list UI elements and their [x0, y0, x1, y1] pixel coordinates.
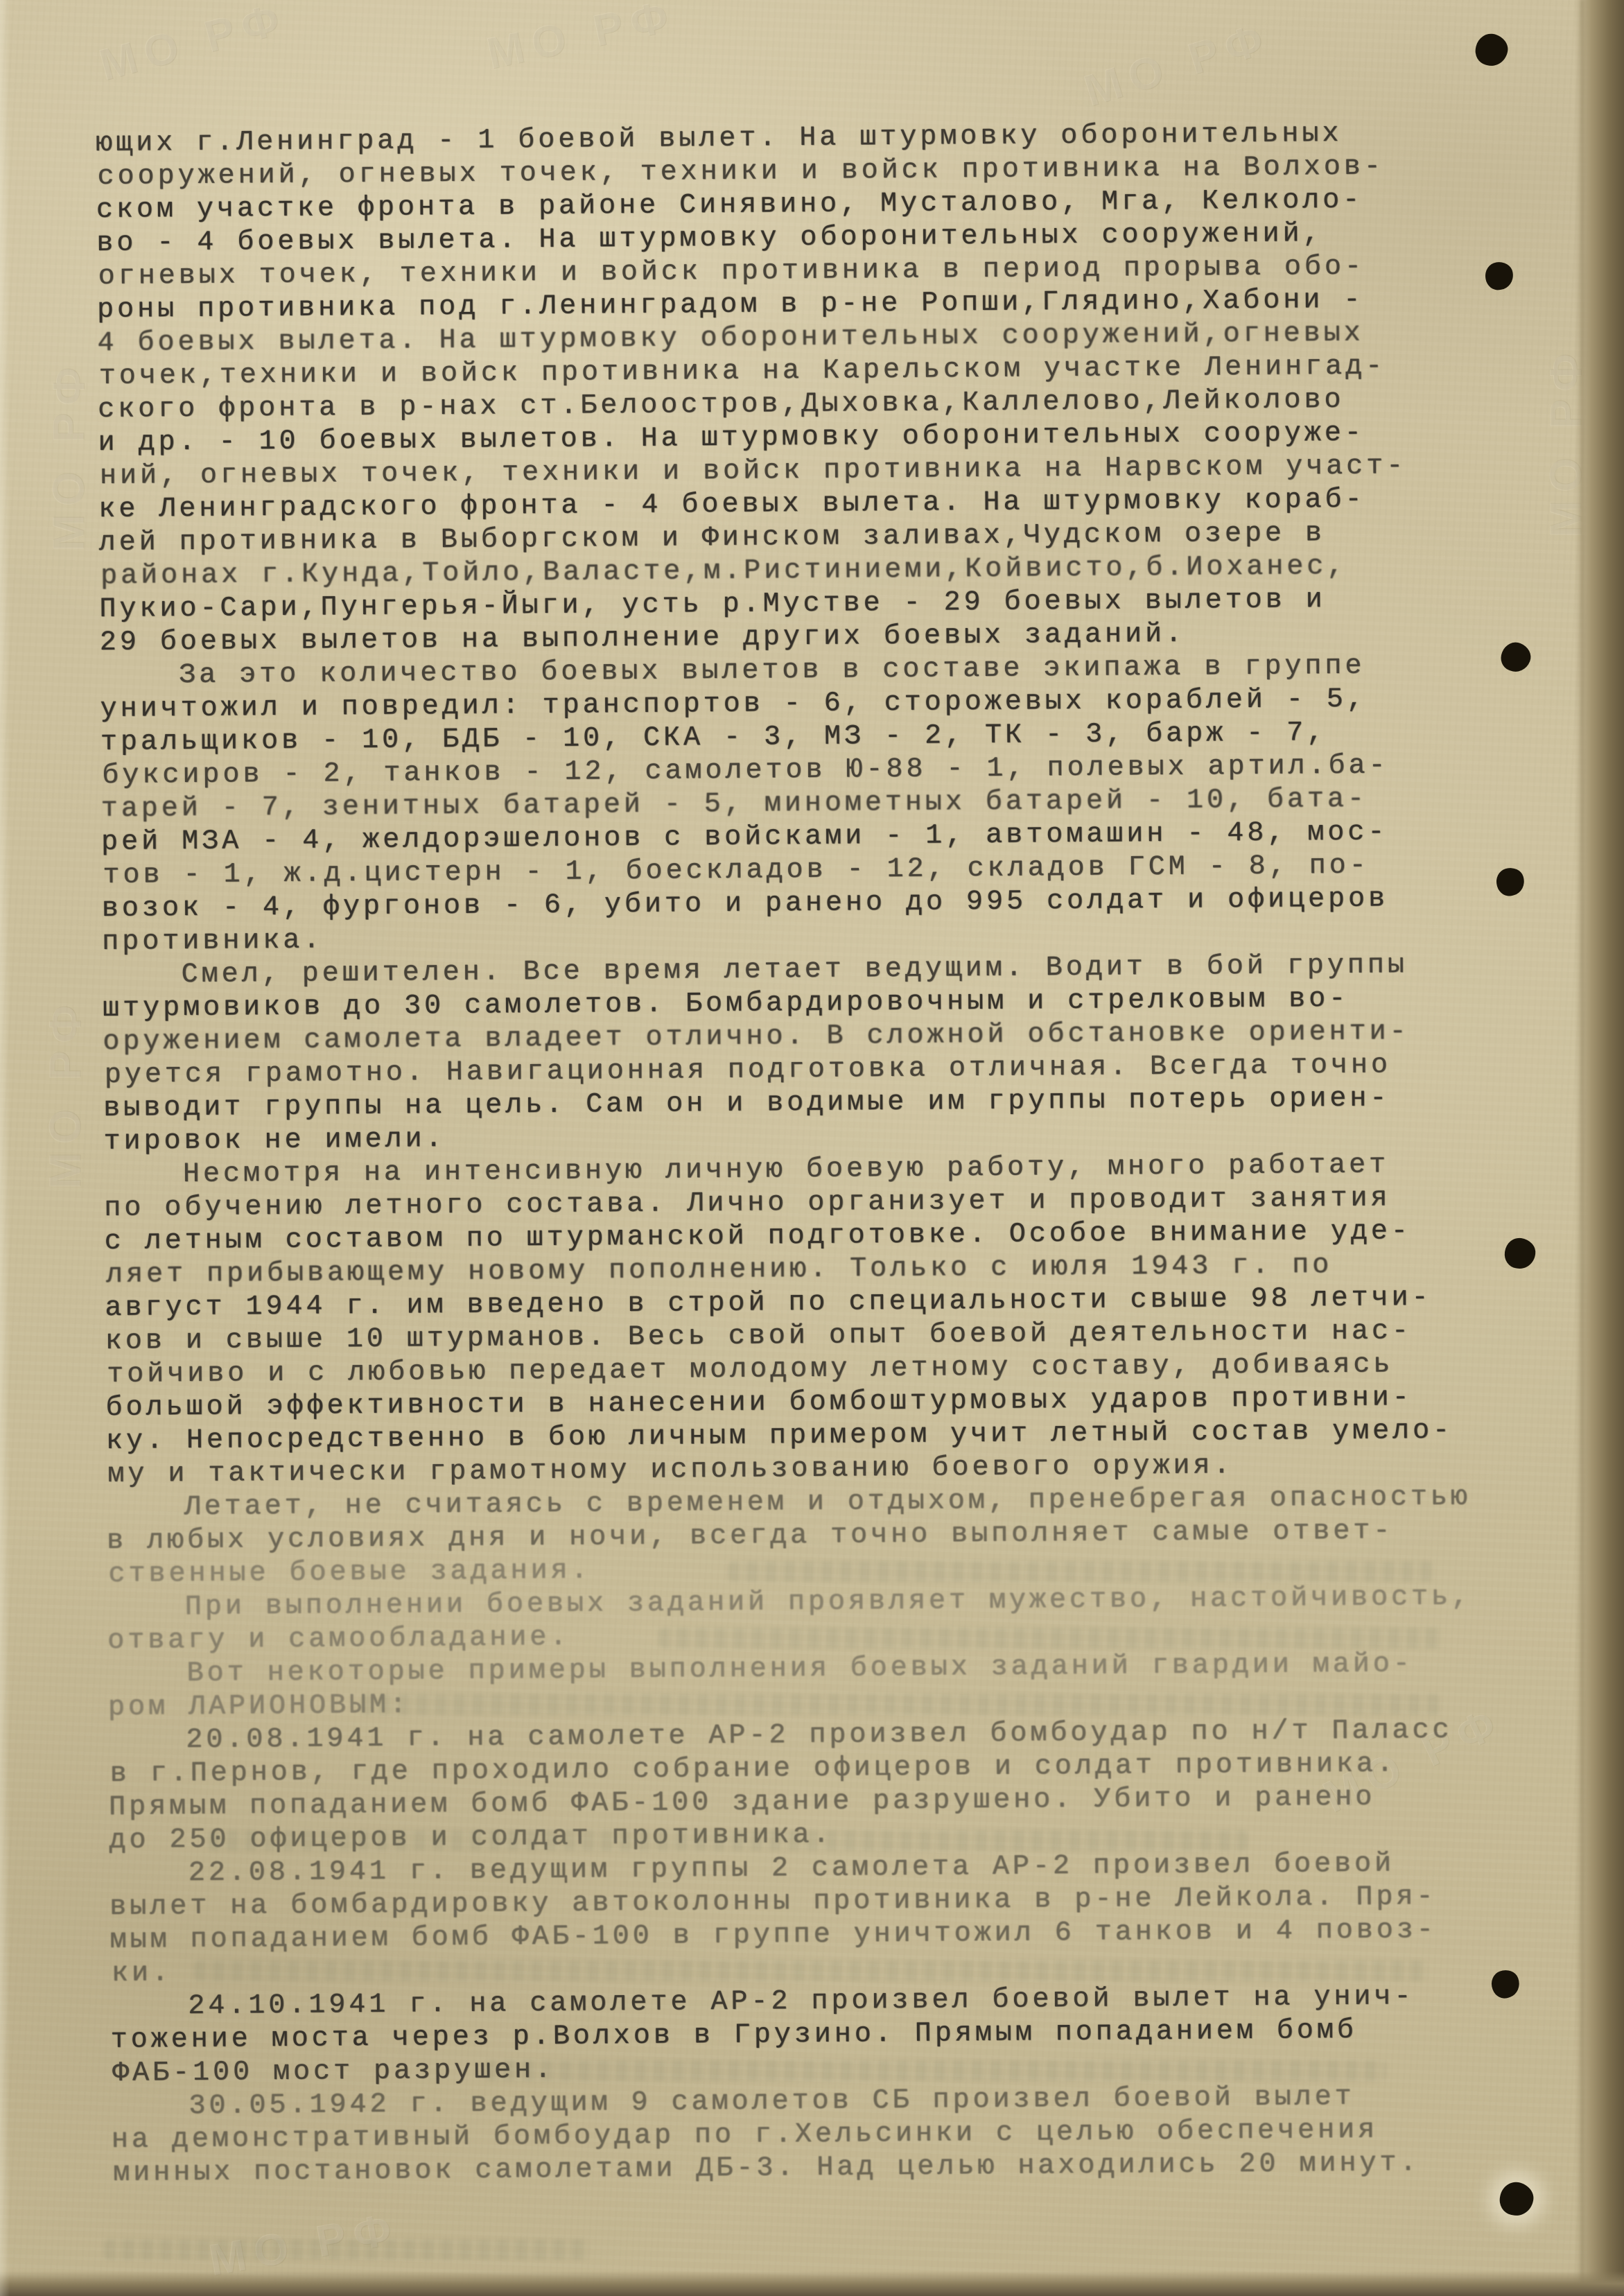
- hole-punch: [1487, 1966, 1523, 2001]
- ink-smudge: [360, 1694, 1442, 1715]
- watermark-text: МО РФ: [1078, 11, 1277, 116]
- hole-punch: [1503, 1236, 1537, 1271]
- ink-smudge: [658, 1628, 1442, 1649]
- document-page: МО РФ МО РФ МО РФ МО РФ МО РФ МО РФ МО Р…: [0, 0, 1624, 2296]
- ink-smudge: [194, 1960, 1428, 1981]
- ink-smudge: [208, 1830, 1248, 1851]
- ink-smudge: [485, 2060, 1386, 2081]
- typewritten-text: ющих г.Ленинград - 1 боевой вылет. На шт…: [96, 116, 1491, 2191]
- hole-punch: [1472, 31, 1511, 69]
- watermark-text: МО РФ: [482, 0, 681, 79]
- watermark-text: МО РФ: [94, 0, 293, 91]
- hole-punch: [1493, 864, 1527, 898]
- watermark-text: МО РФ: [43, 359, 94, 551]
- hole-punch: [1497, 638, 1535, 677]
- page-edge-right: [1574, 0, 1624, 2296]
- ink-smudge: [104, 2239, 589, 2260]
- hole-punch: [1497, 2180, 1537, 2219]
- page-edge-left: [0, 0, 10, 2296]
- watermark-text: МО РФ: [40, 997, 91, 1189]
- page-edge-bottom: [0, 2271, 1624, 2296]
- hole-punch: [1483, 260, 1515, 292]
- ink-smudge: [728, 1561, 1435, 1582]
